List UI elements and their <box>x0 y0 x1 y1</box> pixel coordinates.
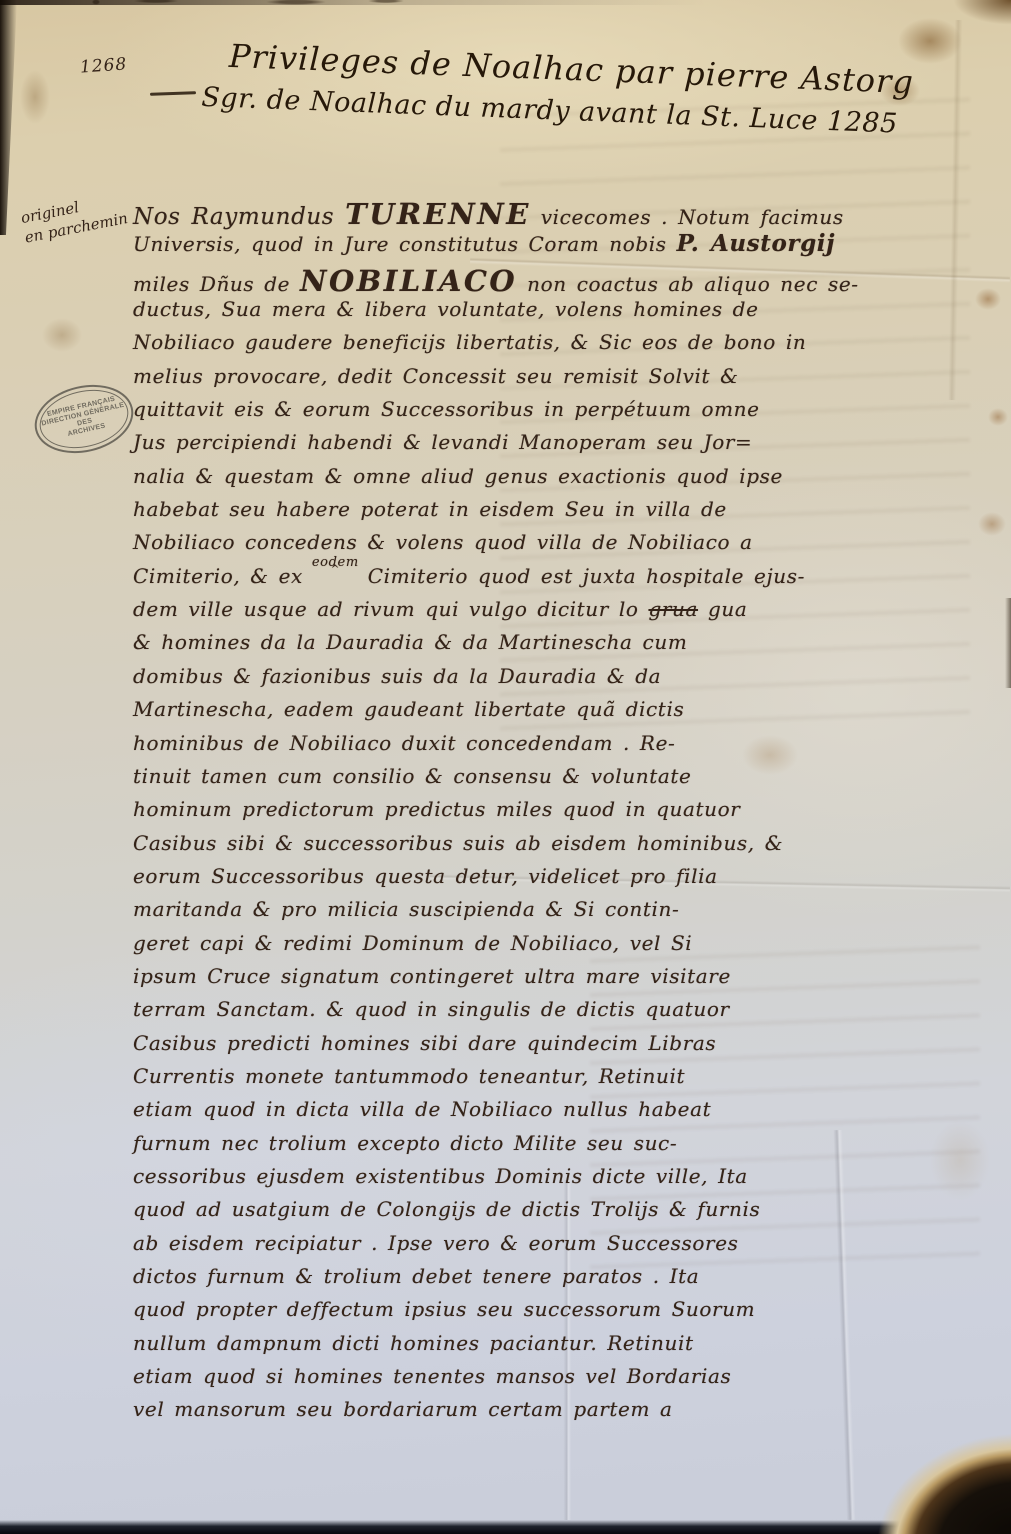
manuscript-line: ipsum Cruce signatum contingeret ultra m… <box>133 964 863 997</box>
stain <box>978 512 1006 536</box>
manuscript-line: quod ad usatgium de Colongijs de dictis … <box>133 1197 863 1230</box>
manuscript-line: furnum nec trolium excepto dicto Milite … <box>133 1131 863 1164</box>
manuscript-line: melius provocare, dedit Concessit seu re… <box>133 364 863 397</box>
stain <box>975 288 1001 310</box>
manuscript-line: tinuit tamen cum consilio & consensu & v… <box>133 764 863 797</box>
manuscript-text-segment: miles Dñus de <box>133 272 300 296</box>
manuscript-text-segment: vicecomes . Notum facimus <box>531 205 844 229</box>
manuscript-line: hominum predictorum predictus miles quod… <box>133 797 863 830</box>
manuscript-line: Casibus predicti homines sibi dare quind… <box>133 1031 863 1064</box>
stain <box>20 70 50 124</box>
manuscript-line: eorum Successoribus questa detur, videli… <box>133 864 863 897</box>
manuscript-line: domibus & fazionibus suis da la Dauradia… <box>133 664 863 697</box>
paper-fold <box>945 20 966 400</box>
manuscript-line: Jus percipiendi habendi & levandi Manope… <box>133 430 863 463</box>
manuscript-text-segment: Cimiterio, & ex <box>133 564 313 588</box>
manuscript-line: Nobiliaco concedens & volens quod villa … <box>133 530 863 563</box>
header-dash-flourish <box>150 91 196 96</box>
manuscript-line: quod propter deffectum ipsius seu succes… <box>133 1297 863 1330</box>
manuscript-line: Currentis monete tantummodo teneantur, R… <box>133 1064 863 1097</box>
manuscript-line: Nobiliaco gaudere beneficijs libertatis,… <box>133 330 863 363</box>
photo-edge-left <box>0 0 17 235</box>
manuscript-line: habebat seu habere poterat in eisdem Seu… <box>133 497 863 530</box>
manuscript-text-segment: Universis, quod in Jure constitutus Cora… <box>133 232 677 256</box>
manuscript-line: Cimiterio, & ex eodem Cimiterio quod est… <box>133 564 863 597</box>
manuscript-line: maritanda & pro milicia suscipienda & Si… <box>133 897 863 930</box>
manuscript-line: nalia & questam & omne aliud genus exact… <box>133 464 863 497</box>
manuscript-line: Casibus sibi & successoribus suis ab eis… <box>133 831 863 864</box>
manuscript-line: nullum dampnum dicti homines paciantur. … <box>133 1331 863 1364</box>
manuscript-text-segment: grua <box>648 597 698 621</box>
stain <box>42 318 82 352</box>
manuscript-lines: Nos Raymundus TURENNE vicecomes . Notum … <box>133 197 863 1431</box>
archive-number: 1268 <box>79 54 128 77</box>
manuscript-line: ab eisdem recipiatur . Ipse vero & eorum… <box>133 1231 863 1264</box>
manuscript-text-segment: dem ville usque ad rivum qui vulgo dicit… <box>133 597 648 621</box>
curled-page-corner <box>811 1374 1011 1534</box>
photo-edge-top <box>0 0 1011 5</box>
manuscript-line: terram Sanctam. & quod in singulis de di… <box>133 997 863 1030</box>
manuscript-line: Martinescha, eadem gaudeant libertate qu… <box>133 697 863 730</box>
manuscript-page-photo: 1268 Privileges de Noalhac par pierre As… <box>0 0 1011 1534</box>
manuscript-line: geret capi & redimi Dominum de Nobiliaco… <box>133 931 863 964</box>
manuscript-line: dictos furnum & trolium debet tenere par… <box>133 1264 863 1297</box>
stain <box>988 408 1008 426</box>
manuscript-line: ductus, Sua mera & libera voluntate, vol… <box>133 297 863 330</box>
stain <box>930 1120 990 1200</box>
manuscript-text-segment: P. Austorgij <box>677 230 835 257</box>
manuscript-line: hominibus de Nobiliaco duxit concedendam… <box>133 731 863 764</box>
manuscript-text-segment: Cimiterio quod est juxta hospitale ejus- <box>358 564 805 588</box>
manuscript-text-segment: TURENNE <box>345 197 531 231</box>
manuscript-line: cessoribus ejusdem existentibus Dominis … <box>133 1164 863 1197</box>
manuscript-text-segment: non coactus ab aliquo nec se- <box>517 272 858 296</box>
photo-edge-right <box>1005 598 1011 688</box>
manuscript-line: Nos Raymundus TURENNE vicecomes . Notum … <box>133 197 863 230</box>
manuscript-line: etiam quod si homines tenentes mansos ve… <box>133 1364 863 1397</box>
manuscript-line: vel mansorum seu bordariarum certam part… <box>133 1397 863 1430</box>
manuscript-text-segment: Nos Raymundus <box>133 204 345 230</box>
manuscript-line: & homines da la Dauradia & da Martinesch… <box>133 630 863 663</box>
manuscript-line: Universis, quod in Jure constitutus Cora… <box>133 230 863 263</box>
document-title: Privileges de Noalhac par pierre Astorg … <box>227 37 915 140</box>
manuscript-text-segment: gua <box>698 597 747 621</box>
photo-corner-top-right <box>921 0 1011 30</box>
manuscript-text-segment: NOBILIACO <box>300 264 517 298</box>
manuscript-text-segment: eodem <box>312 555 359 575</box>
margin-note-original-parchment: originel en parchemin <box>19 188 129 247</box>
manuscript-line: quittavit eis & eorum Successoribus in p… <box>133 397 863 430</box>
archives-oval-stamp: EMPIRE FRANÇAIS DIRECTION GÉNÉRALE DES A… <box>28 376 140 463</box>
manuscript-line: dem ville usque ad rivum qui vulgo dicit… <box>133 597 863 630</box>
manuscript-line: etiam quod in dicta villa de Nobiliaco n… <box>133 1097 863 1130</box>
manuscript-line: miles Dñus de NOBILIACO non coactus ab a… <box>133 264 863 297</box>
